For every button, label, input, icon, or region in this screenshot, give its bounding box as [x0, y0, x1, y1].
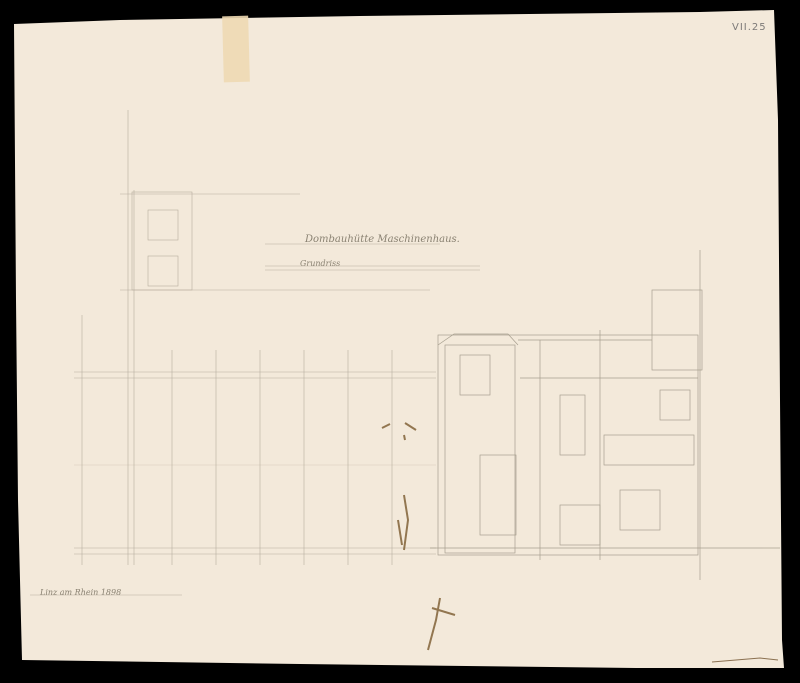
catalog-number: VII.25 [732, 22, 767, 33]
scale-note: Linz am Rhein 1898 [40, 588, 121, 597]
drawing-title: Dombauhütte Maschinenhaus. [305, 234, 460, 245]
drawing-subtitle: Grundriss [300, 259, 340, 268]
scanned-drawing: VII.25 Dombauhütte Maschinenhaus. Grundr… [0, 0, 800, 683]
tape-strip [222, 16, 250, 83]
drawing-paper [0, 0, 800, 683]
